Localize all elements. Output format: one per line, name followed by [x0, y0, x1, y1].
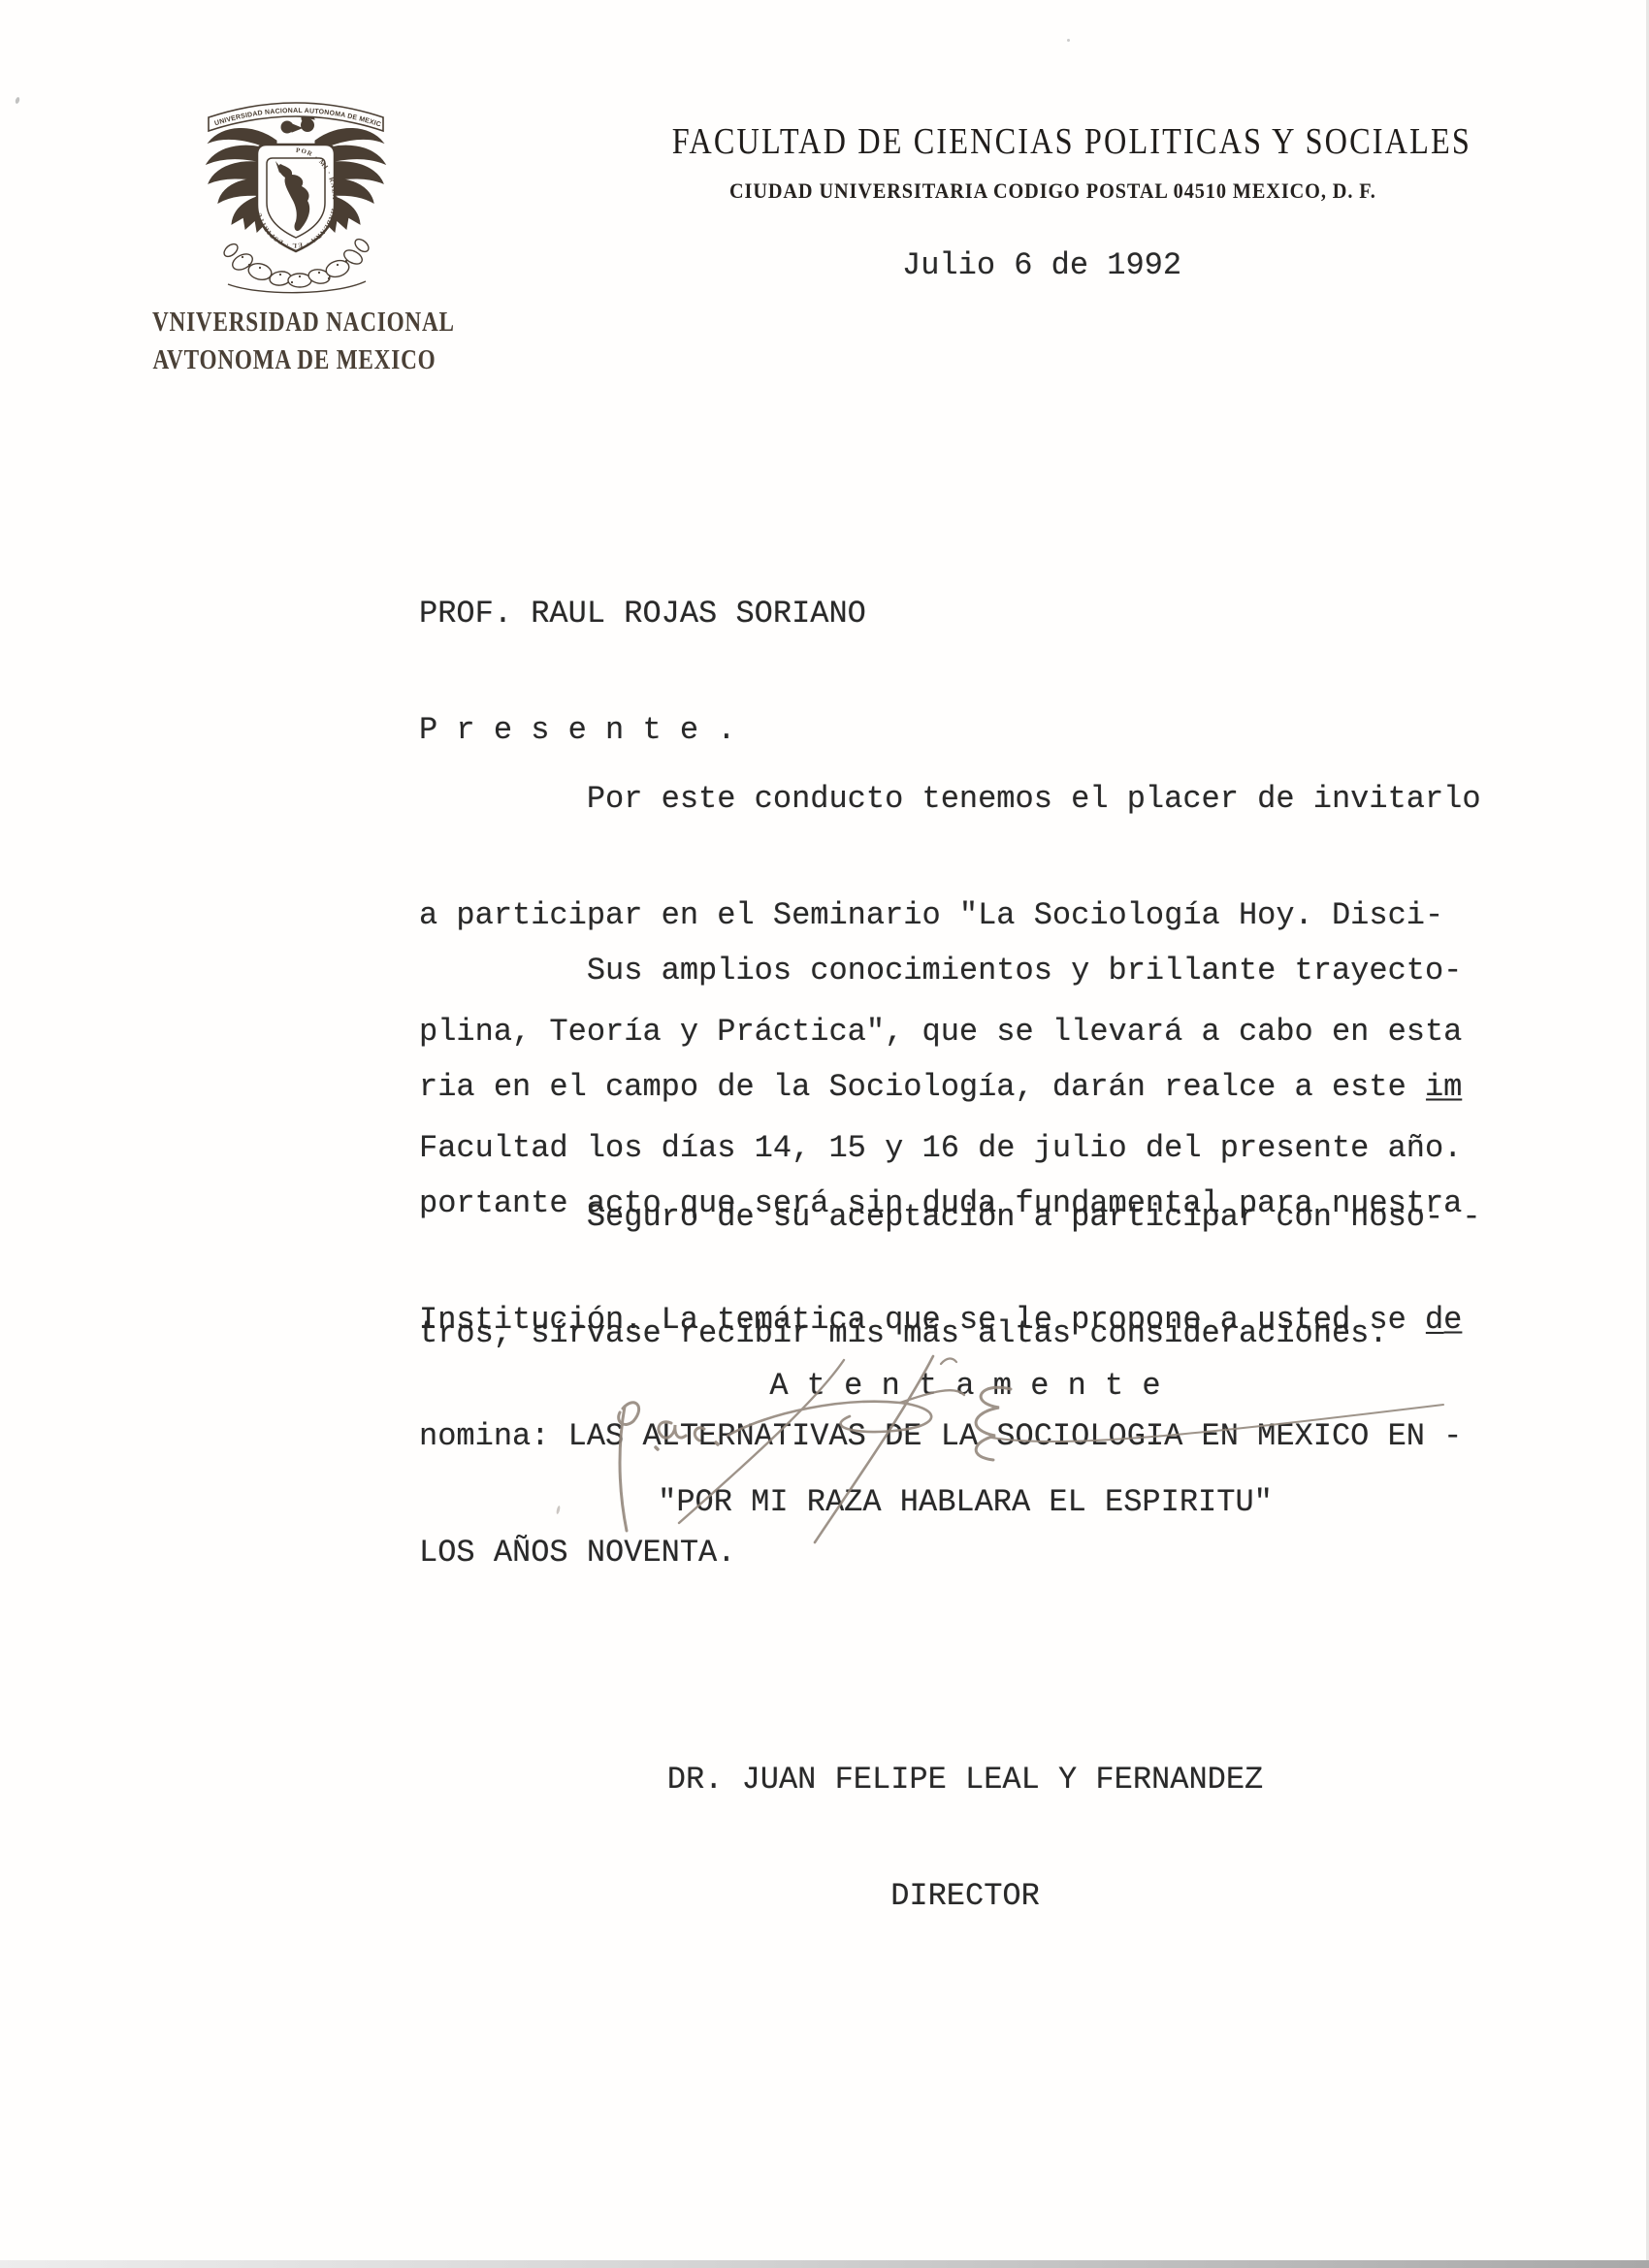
body-line: Por este conducto tenemos el placer de i… — [419, 780, 1481, 819]
letter-date: Julio 6 de 1992 — [902, 247, 1181, 283]
paper-edge-bottom — [0, 2260, 1649, 2268]
signer-title: DIRECTOR — [419, 1877, 1511, 1916]
faculty-title: FACULTAD DE CIENCIAS POLITICAS Y SOCIALE… — [601, 120, 1503, 163]
letter-scan-page: UNIVERSIDAD NACIONAL AUTONOMA DE MEXICO … — [0, 0, 1649, 2268]
unam-crest: UNIVERSIDAD NACIONAL AUTONOMA DE MEXICO … — [199, 90, 393, 302]
signature — [524, 1346, 1474, 1560]
body-line: Sus amplios conocimientos y brillante tr… — [419, 952, 1462, 990]
signature-space — [419, 1600, 1511, 1683]
letterhead-address: CIUDAD UNIVERSITARIA CODIGO POSTAL 04510… — [601, 178, 1503, 204]
body-line: ria en el campo de la Sociología, darán … — [419, 1068, 1462, 1107]
university-name-line2: AVTONOMA DE MEXICO — [114, 344, 473, 376]
scan-speck — [1067, 39, 1070, 42]
university-name-line1: VNIVERSIDAD NACIONAL — [114, 307, 473, 339]
body-line: Seguro de su aceptación a participar con… — [419, 1198, 1481, 1237]
recipient-name: PROF. RAUL ROJAS SORIANO — [419, 595, 866, 633]
scan-speck — [15, 97, 20, 105]
signer-name: DR. JUAN FELIPE LEAL Y FERNANDEZ — [419, 1761, 1511, 1799]
